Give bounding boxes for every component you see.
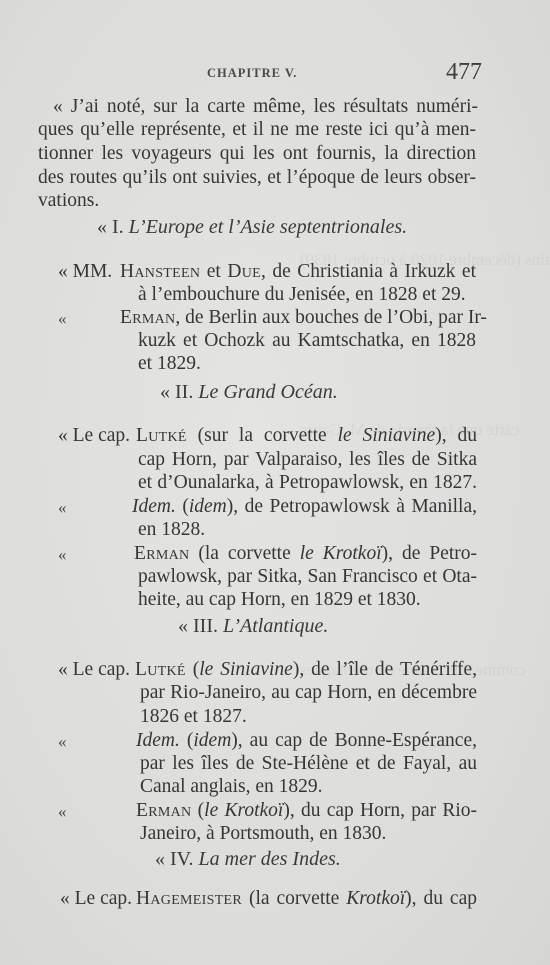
entry-line: Hansteen et Due, de Christiania à Irkuzk… <box>120 261 476 283</box>
section-numeral: « IV. <box>155 848 194 870</box>
entry-lead: « <box>58 545 67 565</box>
page-number: 477 <box>446 59 482 86</box>
running-head: CHAPITRE V. <box>207 66 297 81</box>
section-heading-4: « IV. La mer des Indes. <box>155 847 341 871</box>
book-page: rains (décembre 1828 à octobre 1830) car… <box>0 0 550 965</box>
entry-line: Erman, de Berlin aux bouches de l’Obi, p… <box>120 307 476 329</box>
section-numeral: « III. <box>178 615 218 637</box>
entry-line: à l’embouchure du Jenisée, en 1828 et 29… <box>138 284 466 306</box>
entry-line: et d’Ounalarka, à Petropawlowsk, en 1827… <box>138 472 477 494</box>
intro-line: vations. <box>38 190 99 212</box>
section-numeral: « I. <box>97 216 124 238</box>
entry-lead: « <box>58 498 67 518</box>
entry-line: kuzk et Ochozk au Kamtschatka, en 1828 <box>138 330 476 352</box>
entry-line: pawlowsk, par Sitka, San Francisco et Ot… <box>138 566 477 588</box>
entry-line: heite, au cap Horn, en 1829 et 1830. <box>138 589 421 611</box>
intro-line: des routes qu’ils ont suivies, et l’époq… <box>38 167 476 189</box>
entry-lead: « <box>58 802 67 822</box>
entry-line: Canal anglais, en 1829. <box>140 776 323 798</box>
intro-line: « J’ai noté, sur la carte même, les résu… <box>50 96 478 118</box>
entry-line: Idem. (idem), au cap de Bonne-Espérance, <box>136 730 477 752</box>
entry-line: par Rio-Janeiro, au cap Horn, en décembr… <box>140 682 477 704</box>
entry-line: Erman (la corvette le Krotkoï), de Petro… <box>134 543 477 565</box>
entry-line: par les îles de Ste-Hélène et de Fayal, … <box>140 753 477 775</box>
entry-lead: « Le cap. <box>58 425 130 447</box>
section-title: Le Grand Océan. <box>198 381 337 403</box>
entry-line: en 1828. <box>138 519 205 541</box>
section-title: L’Atlantique. <box>223 615 328 637</box>
entry-lead: « <box>58 309 67 329</box>
entry-line: Janeiro, à Portsmouth, en 1830. <box>140 823 386 845</box>
section-heading-2: « II. Le Grand Océan. <box>160 380 338 404</box>
entry-line: Hagemeister (la corvette Krotkoï), du ca… <box>136 888 477 910</box>
entry-lead: « Le cap. <box>58 659 130 681</box>
entry-lead: « Le cap. <box>60 888 132 910</box>
entry-line: 1826 et 1827. <box>140 706 247 728</box>
section-title: L’Europe et l’Asie septentrionales. <box>129 216 407 238</box>
entry-line: cap Horn, par Valparaiso, les îles de Si… <box>138 449 477 471</box>
entry-line: Idem. (idem), de Petropawlowsk à Manilla… <box>132 496 477 518</box>
entry-line: et 1829. <box>138 353 201 375</box>
section-title: La mer des Indes. <box>199 848 341 870</box>
intro-line: ques qu’elle représente, et il ne me res… <box>38 119 476 141</box>
intro-line: tionner les voyageurs qui les ont fourni… <box>38 143 476 165</box>
section-heading-1: « I. L’Europe et l’Asie septentrionales. <box>97 215 407 239</box>
entry-line: Lutké (le Siniavine), de l’île de Ténéri… <box>135 659 477 681</box>
entry-line: Erman (le Krotkoï), du cap Horn, par Rio… <box>136 800 477 822</box>
entry-line: Lutké (sur la corvette le Siniavine), du <box>136 425 477 447</box>
section-numeral: « II. <box>160 381 193 403</box>
entry-lead: « MM. <box>58 261 112 283</box>
entry-lead: « <box>58 732 67 752</box>
section-heading-3: « III. L’Atlantique. <box>178 614 328 638</box>
